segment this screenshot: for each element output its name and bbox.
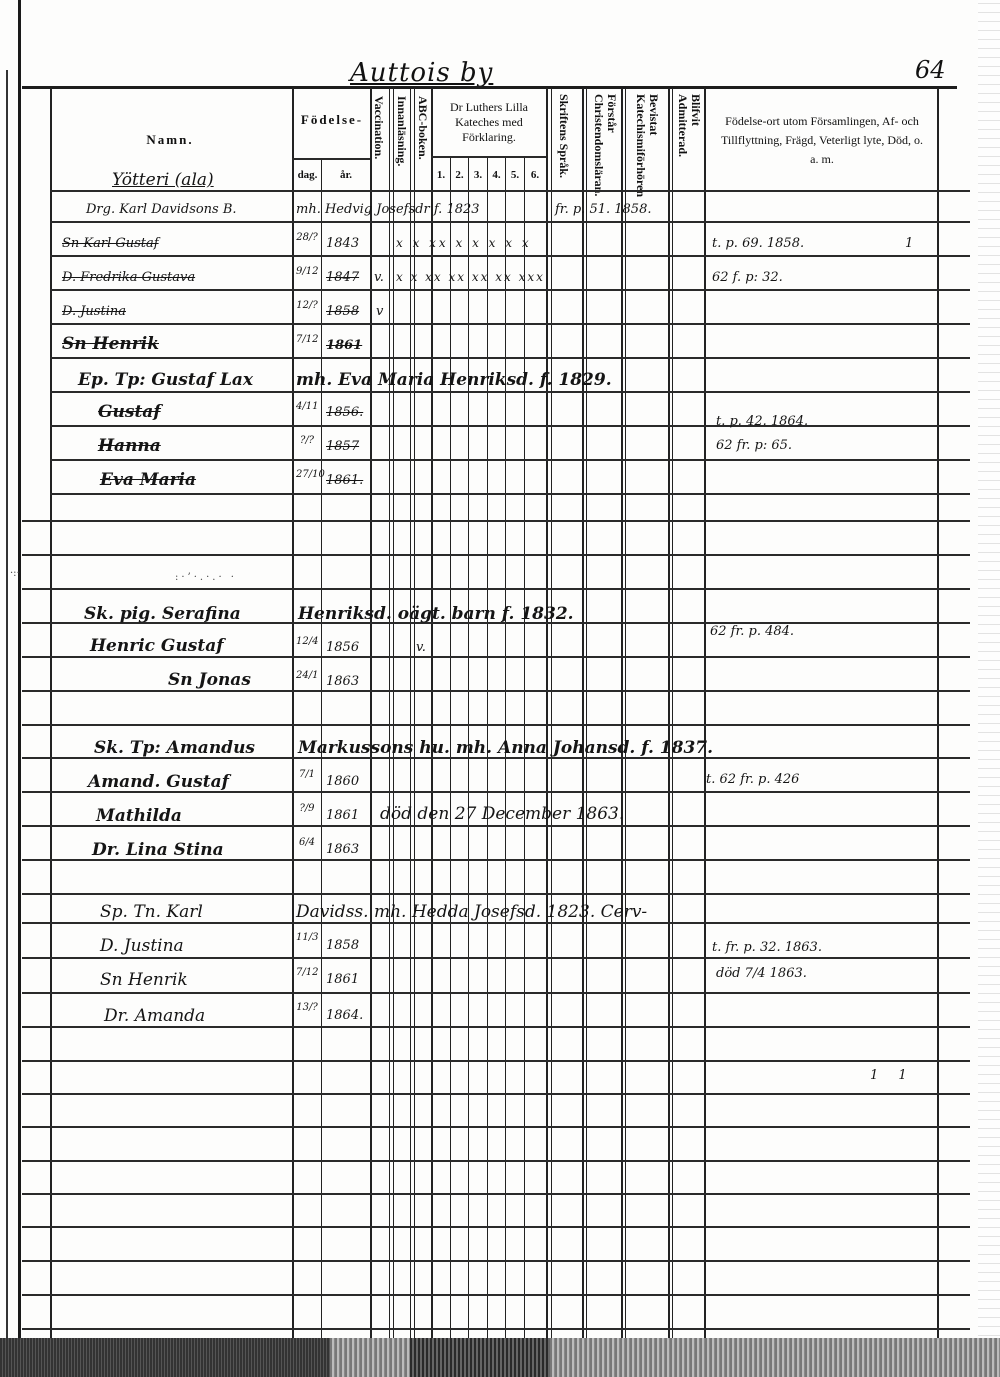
col-rule bbox=[370, 88, 372, 1348]
entry-name: Hanna bbox=[98, 436, 161, 456]
row-rule bbox=[22, 992, 970, 994]
scan-noise: :·’·.·.· · bbox=[175, 572, 237, 583]
entry-day: 28/? bbox=[296, 233, 318, 242]
entry-name: Dr. Amanda bbox=[104, 1006, 205, 1026]
row-rule bbox=[22, 1026, 970, 1028]
row-rule bbox=[50, 221, 970, 223]
entry-year: 1861 bbox=[326, 972, 359, 987]
entry-year: 1847 bbox=[326, 270, 359, 285]
entry-rest: död den 27 December 1863. bbox=[380, 804, 624, 824]
entry-year: 1860 bbox=[326, 774, 359, 789]
entry-day: 6/4 bbox=[296, 838, 318, 847]
entry-remark: 62 fr. p. 484. bbox=[710, 624, 794, 639]
entry-vaccination: v. bbox=[416, 640, 426, 655]
section-label: Yötteri (ala) bbox=[112, 170, 214, 190]
col-rule bbox=[672, 88, 673, 1348]
entry-day: 24/1 bbox=[296, 671, 318, 680]
row-rule bbox=[22, 1093, 970, 1095]
entry-year: 1858 bbox=[326, 938, 359, 953]
col-rule bbox=[582, 88, 584, 1348]
col-rule bbox=[389, 88, 390, 1348]
row-rule bbox=[22, 1328, 970, 1330]
col-rule bbox=[546, 88, 548, 1348]
entry-name: Ep. Tp: Gustaf Lax bbox=[78, 370, 253, 390]
row-rule bbox=[22, 656, 970, 658]
entry-day: 12/? bbox=[296, 301, 318, 310]
parish-register-page: Auttois by 64 Namn. Födelse- dag. år. Va… bbox=[0, 0, 1000, 1377]
entry-year: 1861 bbox=[326, 808, 359, 823]
row-rule bbox=[22, 1294, 970, 1296]
scan-artifact-dark bbox=[0, 1338, 330, 1377]
col-rule bbox=[586, 88, 587, 1348]
row-rule bbox=[22, 724, 970, 726]
row-rule bbox=[50, 357, 970, 359]
header-blifvit: Blifvit Admitterad. bbox=[676, 94, 702, 174]
margin-mark: 1 bbox=[905, 236, 913, 251]
entry-rest: Henriksd. oägt. barn f. 1832. bbox=[298, 604, 574, 624]
top-rule bbox=[22, 86, 957, 89]
header-luther-4: 4. bbox=[488, 168, 505, 183]
entry-day: 27/10 bbox=[296, 470, 318, 479]
entry-name: Sk. pig. Serafina bbox=[84, 604, 241, 624]
page-edge bbox=[978, 0, 1000, 1340]
header-fodelse: Födelse- bbox=[294, 112, 370, 127]
page-number: 64 bbox=[915, 56, 946, 84]
entry-day: 7/12 bbox=[296, 335, 318, 344]
row-rule bbox=[22, 1060, 970, 1062]
entry-vaccination: v bbox=[376, 304, 383, 319]
entry-name: Mathilda bbox=[96, 806, 182, 826]
entry-year: 1857 bbox=[326, 439, 359, 454]
header-luther-5: 5. bbox=[506, 168, 524, 183]
entry-vaccination: v. bbox=[374, 270, 384, 285]
row-rule bbox=[22, 520, 970, 522]
entry-name: Drg. Karl Davidsons B. bbox=[86, 202, 237, 217]
header-skriftens: Skriftens Språk. bbox=[557, 94, 570, 189]
subheader-rule bbox=[292, 158, 370, 160]
col-rule bbox=[393, 88, 394, 1348]
header-luther-6: 6. bbox=[525, 168, 545, 183]
entry-name: Sp. Tn. Karl bbox=[100, 902, 203, 922]
col-rule bbox=[668, 88, 670, 1348]
entry-catechism: x x xx xx xx xx xxx bbox=[396, 270, 545, 284]
header-luther: Dr Luthers Lilla Kateches med Förklaring… bbox=[434, 100, 544, 145]
entry-year: 1856. bbox=[326, 405, 363, 420]
row-rule bbox=[50, 459, 970, 461]
scan-artifact-dark bbox=[410, 1338, 550, 1377]
entry-extra: fr. p. 51. 1858. bbox=[555, 202, 651, 217]
entry-rest: Davidss. mh. Hedda Josefsd. 1823. Cerv- bbox=[296, 902, 647, 922]
header-namn: Namn. bbox=[60, 132, 280, 147]
row-rule bbox=[50, 289, 970, 291]
entry-year: 1861. bbox=[326, 473, 363, 488]
entry-day: 7/1 bbox=[296, 770, 318, 779]
entry-name: Sn Henrik bbox=[100, 970, 188, 990]
row-rule bbox=[22, 554, 970, 556]
row-rule bbox=[50, 323, 970, 325]
entry-remark: 62 fr. p: 65. bbox=[716, 438, 792, 453]
row-rule bbox=[22, 1126, 970, 1128]
entry-day: ?/9 bbox=[296, 804, 318, 813]
entry-name: D. Fredrika Gustava bbox=[62, 270, 195, 285]
entry-name: Sn Jonas bbox=[168, 670, 251, 690]
entry-name: Gustaf bbox=[98, 402, 161, 422]
scan-artifact bbox=[0, 1338, 1000, 1377]
entry-day: 11/3 bbox=[296, 933, 318, 942]
entry-name: Sn Karl Gustaf bbox=[62, 236, 159, 251]
entry-year: 1861 bbox=[326, 338, 362, 353]
entry-day: ?/? bbox=[296, 436, 318, 445]
row-rule bbox=[22, 922, 970, 924]
row-rule bbox=[22, 588, 970, 590]
entry-name: Henric Gustaf bbox=[90, 636, 224, 656]
entry-year: 1863 bbox=[326, 842, 359, 857]
entry-name: Eva Maria bbox=[100, 470, 196, 490]
entry-name: Sk. Tp: Amandus bbox=[94, 738, 255, 758]
row-rule bbox=[50, 190, 970, 192]
entry-catechism: x x xx x x x x x bbox=[396, 236, 532, 250]
header-dag: dag. bbox=[294, 168, 321, 183]
binding-edge bbox=[6, 70, 8, 1340]
row-rule bbox=[22, 1193, 970, 1195]
row-rule bbox=[22, 893, 970, 895]
header-innanlasning: Innanläsning. bbox=[395, 96, 408, 186]
entry-name: Sn Henrik bbox=[62, 334, 159, 354]
col-rule bbox=[621, 88, 623, 1348]
village-heading: Auttois by bbox=[350, 58, 493, 88]
entry-rest: mh. Hedvig Josefsdr f. 1823 bbox=[296, 202, 480, 217]
row-rule bbox=[50, 255, 970, 257]
row-rule bbox=[50, 493, 970, 495]
col-rule bbox=[50, 88, 52, 1348]
entry-remark: t. p. 69. 1858. bbox=[712, 236, 804, 251]
entry-year: 1858 bbox=[326, 304, 359, 319]
header-ar: år. bbox=[322, 168, 370, 183]
row-rule bbox=[50, 391, 970, 393]
row-rule bbox=[22, 1226, 970, 1228]
margin-mark: 1 1 bbox=[870, 1068, 915, 1083]
entry-year: 1864. bbox=[326, 1008, 363, 1023]
entry-rest: mh. Eva Maria Henriksd. f. 1829. bbox=[296, 370, 612, 390]
binding-line bbox=[18, 0, 21, 1340]
col-rule bbox=[704, 88, 706, 1348]
entry-day: 7/12 bbox=[296, 968, 318, 977]
entry-day: 9/12 bbox=[296, 267, 318, 276]
entry-name: D. Justina bbox=[100, 936, 184, 956]
entry-rest: Markussons hu. mh. Anna Johansd. f. 1837… bbox=[298, 738, 713, 758]
col-rule bbox=[551, 88, 552, 1348]
header-forstar: Förstår Christendomsläran. bbox=[590, 94, 618, 189]
entry-year: 1856 bbox=[326, 640, 359, 655]
header-luther-1: 1. bbox=[432, 168, 450, 183]
header-fodelseort: Födelse-ort utom Församlingen, Af- och T… bbox=[716, 112, 928, 169]
entry-remark: t. p. 42. 1864. bbox=[716, 414, 808, 429]
row-rule bbox=[22, 690, 970, 692]
header-vaccination: Vaccination. bbox=[372, 96, 385, 186]
header-abc: ABC-boken. bbox=[416, 96, 429, 186]
entry-year: 1843 bbox=[326, 236, 359, 251]
entry-name: Amand. Gustaf bbox=[88, 772, 229, 792]
row-rule bbox=[22, 1260, 970, 1262]
header-luther-2: 2. bbox=[451, 168, 468, 183]
entry-remark: t. 62 fr. p. 426 bbox=[706, 772, 799, 787]
row-rule bbox=[22, 1160, 970, 1162]
entry-day: 4/11 bbox=[296, 402, 318, 411]
entry-year: 1863 bbox=[326, 674, 359, 689]
entry-remark: t. fr. p. 32. 1863. bbox=[712, 940, 822, 955]
col-rule bbox=[625, 88, 626, 1348]
subheader-rule bbox=[431, 156, 546, 158]
row-rule bbox=[50, 425, 970, 427]
col-rule bbox=[937, 88, 939, 1348]
row-rule bbox=[22, 957, 970, 959]
scan-noise: ·:· bbox=[10, 568, 20, 579]
entry-name: D. Justina bbox=[62, 304, 126, 319]
entry-day: 13/? bbox=[296, 1003, 318, 1012]
entry-remark: död 7/4 1863. bbox=[716, 966, 807, 981]
entry-name: Dr. Lina Stina bbox=[92, 840, 224, 860]
entry-remark: 62 f. p: 32. bbox=[712, 270, 783, 285]
entry-day: 12/4 bbox=[296, 637, 318, 646]
header-luther-3: 3. bbox=[469, 168, 487, 183]
header-bevistat: Bevistat Katechismiförhören bbox=[630, 94, 660, 189]
col-rule bbox=[292, 88, 294, 1348]
